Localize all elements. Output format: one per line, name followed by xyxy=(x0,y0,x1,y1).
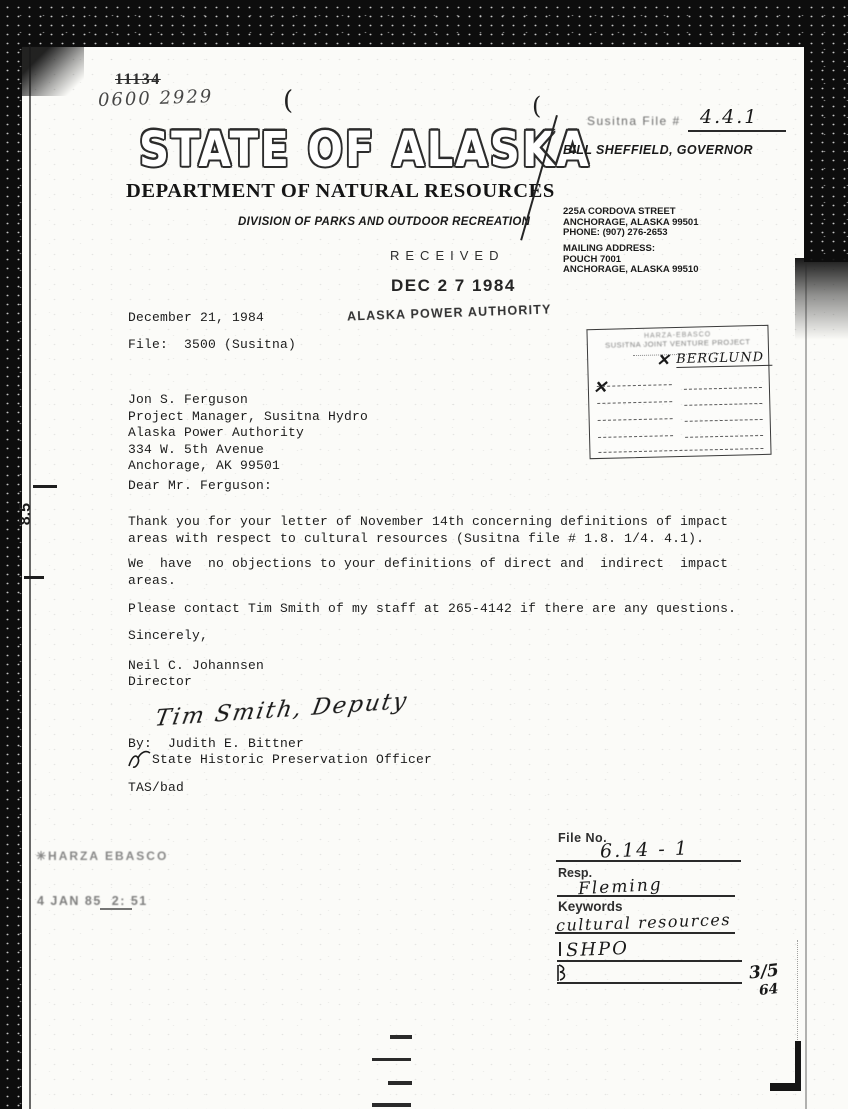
signer-name: Neil C. Johannsen xyxy=(128,658,264,675)
routing-row-line xyxy=(597,400,672,404)
page-note-bottom: 64 xyxy=(758,981,779,999)
routing-x-mark: ✕ xyxy=(656,350,670,369)
street-address-line: PHONE: (907) 276-2653 xyxy=(563,228,699,239)
mailing-address-line: MAILING ADDRESS: xyxy=(563,244,699,255)
bottom-dash-mark xyxy=(388,1081,412,1085)
form-dotted-edge xyxy=(797,940,799,1040)
keywords-value-2: SHPO xyxy=(566,938,630,961)
typist-initials: TAS/bad xyxy=(128,780,184,797)
shpo-line xyxy=(557,960,742,962)
department-title: DEPARTMENT OF NATURAL RESOURCES xyxy=(126,180,555,203)
bottom-dash-mark xyxy=(372,1103,411,1107)
paragraph-line: Thank you for your letter of November 14… xyxy=(128,514,728,531)
harza-timestamp-underline xyxy=(100,908,132,910)
handwritten-initials-mark xyxy=(127,748,153,770)
mailing-address-line: ANCHORAGE, ALASKA 99510 xyxy=(563,265,699,276)
scan-top-left-smudge xyxy=(22,46,84,96)
susitna-file-underline xyxy=(688,130,786,132)
routing-row-line xyxy=(598,447,763,453)
page-right-edge-line xyxy=(805,262,807,1109)
form-scribble-mark xyxy=(556,964,570,982)
harza-timestamp-stamp: 4 JAN 85 2: 51 xyxy=(37,894,148,908)
recipient-line: Project Manager, Susitna Hydro xyxy=(128,409,368,426)
division-title: DIVISION OF PARKS AND OUTDOOR RECREATION xyxy=(238,216,530,228)
shpo-tick-mark xyxy=(559,942,561,956)
keywords-line xyxy=(555,932,735,934)
file-no-value: 6.14 - 1 xyxy=(600,837,690,862)
susitna-file-value: 4.4.1 xyxy=(700,106,758,128)
recipient-line: Alaska Power Authority xyxy=(128,425,368,442)
doc-number-stamp: 11134 xyxy=(115,71,161,89)
mailing-address-block: MAILING ADDRESS: POUCH 7001 ANCHORAGE, A… xyxy=(563,244,699,276)
paragraph-line: We have no objections to your definition… xyxy=(128,556,728,573)
resp-line xyxy=(557,895,735,897)
routing-row-line xyxy=(598,434,673,438)
routing-row-line xyxy=(685,434,763,438)
scan-top-band xyxy=(0,0,848,47)
routing-row-line xyxy=(684,402,762,406)
routing-row-line xyxy=(597,383,672,387)
recipient-line: Jon S. Ferguson xyxy=(128,392,368,409)
paragraph-line: areas. xyxy=(128,573,728,590)
street-address-line: 225A CORDOVA STREET xyxy=(563,207,699,218)
ruler-tick-bottom xyxy=(24,576,44,579)
by-line: By: Judith E. Bittner xyxy=(128,736,304,753)
recipient-line: 334 W. 5th Avenue xyxy=(128,442,368,459)
closing: Sincerely, xyxy=(128,628,208,645)
file-no-line xyxy=(556,860,741,862)
paragraph-2: We have no objections to your definition… xyxy=(128,556,728,589)
by-title: State Historic Preservation Officer xyxy=(152,752,432,769)
ruler-label: 8.5 xyxy=(17,503,35,525)
paragraph-3: Please contact Tim Smith of my staff at … xyxy=(128,601,736,618)
harza-company-stamp: ✳HARZA EBASCO xyxy=(36,849,168,863)
letter-date: December 21, 1984 xyxy=(128,310,264,327)
scan-left-strip xyxy=(0,0,22,1109)
paragraph-1: Thank you for your letter of November 14… xyxy=(128,514,728,547)
routing-x-mark-left: ✕ xyxy=(593,378,608,398)
recipient-line: Anchorage, AK 99501 xyxy=(128,458,368,475)
scan-right-blob xyxy=(804,0,848,262)
governor-line: BILL SHEFFIELD, GOVERNOR xyxy=(563,143,753,157)
stray-paren-mark-right: ( xyxy=(532,92,541,120)
street-address-block: 225A CORDOVA STREET ANCHORAGE, ALASKA 99… xyxy=(563,207,699,239)
handwritten-code: 0600 2929 xyxy=(98,86,214,111)
signer-title: Director xyxy=(128,674,192,691)
bottom-dash-mark xyxy=(372,1058,411,1061)
ruler-tick-top xyxy=(33,485,57,488)
routing-routed-to: BERGLUND xyxy=(676,350,772,368)
state-title: STATE OF ALASKA xyxy=(139,121,591,178)
stray-paren-mark-left: ( xyxy=(283,86,293,116)
received-stamp-date: DEC 2 7 1984 xyxy=(391,276,516,296)
scan-right-blob-fade xyxy=(795,258,848,340)
corner-bracket-horizontal xyxy=(770,1083,801,1091)
keywords-label: Keywords xyxy=(558,899,623,914)
routing-row-line xyxy=(685,418,763,422)
form-bottom-line xyxy=(557,982,742,984)
salutation: Dear Mr. Ferguson: xyxy=(128,478,272,495)
page-note-top: 3/5 xyxy=(748,960,780,983)
received-stamp-word: RECEIVED xyxy=(390,248,504,263)
letter-file-line: File: 3500 (Susitna) xyxy=(128,337,296,354)
susitna-file-label: Susitna File # xyxy=(587,114,681,128)
paragraph-line: areas with respect to cultural resources… xyxy=(128,531,728,548)
recipient-block: Jon S. Ferguson Project Manager, Susitna… xyxy=(128,392,368,475)
routing-row-line xyxy=(684,386,762,390)
routing-row-line xyxy=(598,417,673,421)
paragraph-line: Please contact Tim Smith of my staff at … xyxy=(128,601,736,618)
routing-stamp-box: HARZA-EBASCO SUSITNA JOINT VENTURE PROJE… xyxy=(586,325,771,459)
bottom-dash-mark xyxy=(390,1035,412,1039)
